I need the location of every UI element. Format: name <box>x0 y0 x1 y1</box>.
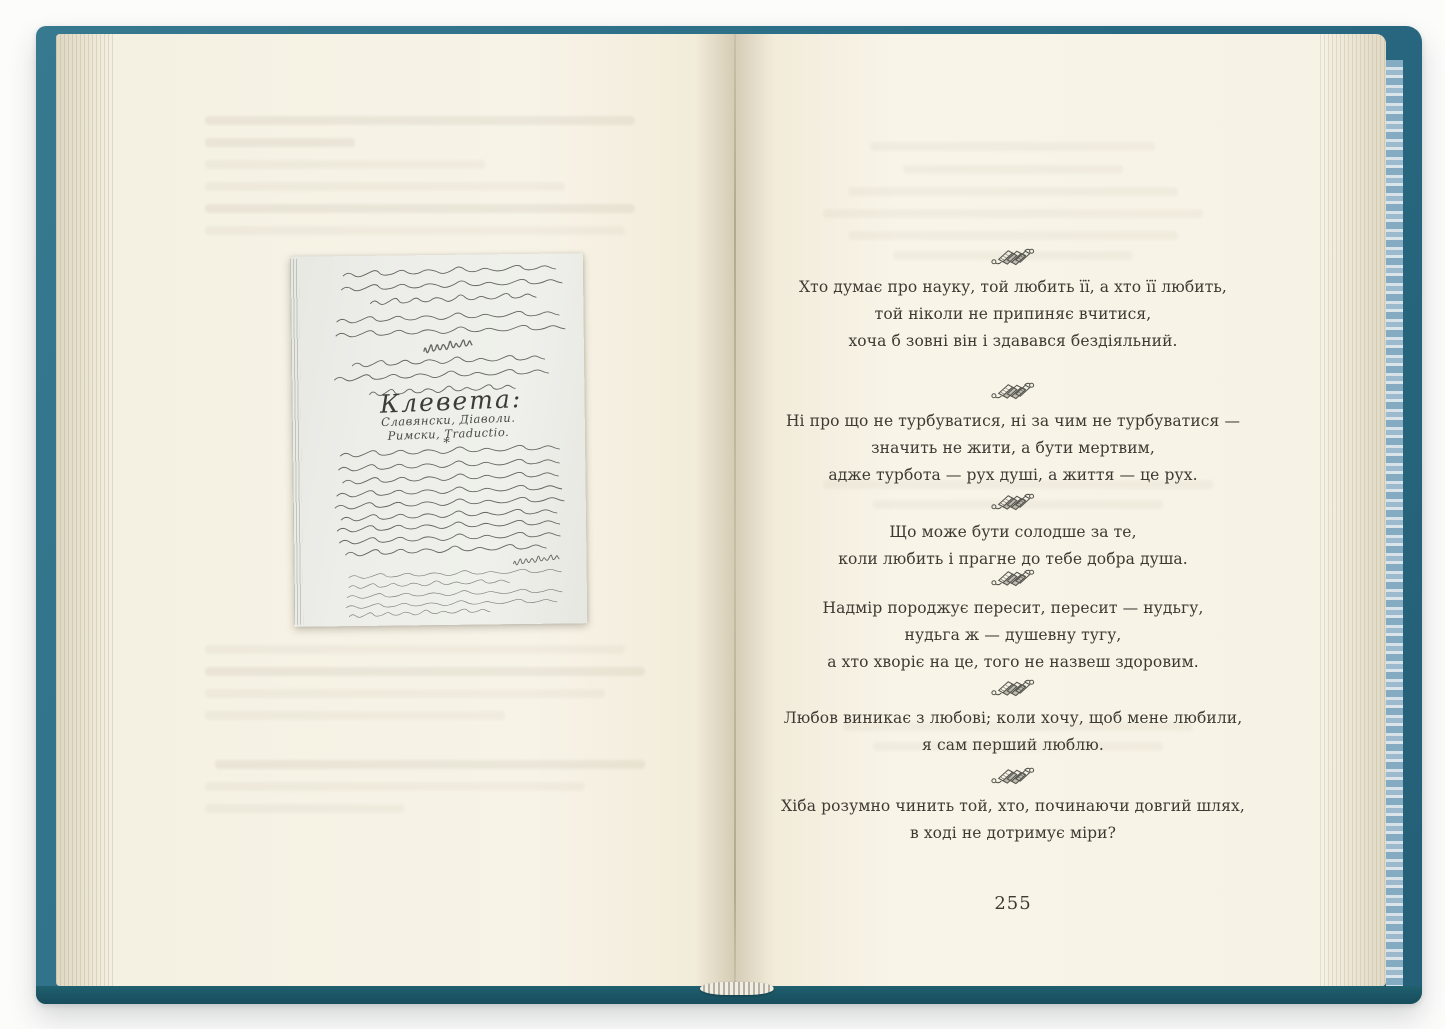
quote-block: Що може бути солодше за те, коли любить … <box>763 491 1263 573</box>
quote-line: а хто хворіє на це, того не назвеш здоро… <box>763 649 1263 676</box>
endpaper-pattern-band <box>1386 60 1403 996</box>
ghost-text <box>205 160 485 169</box>
book-photo: Клевета: Славянски, Діаволи. Римски, Tra… <box>0 0 1445 1029</box>
ghost-text <box>205 116 635 125</box>
braid-ornament-icon <box>990 380 1036 401</box>
quote-line: Що може бути солодше за те, <box>763 519 1263 546</box>
page-edge-stack-right <box>1320 34 1386 986</box>
braid-ornament-icon <box>990 246 1036 267</box>
ghost-text <box>205 782 585 791</box>
quote-block: Хіба розумно чинить той, хто, починаючи … <box>763 765 1263 847</box>
quote-line: я сам перший люблю. <box>763 732 1263 759</box>
quote-line: хоча б зовні він і здавався бездіяльний. <box>763 328 1263 355</box>
ghost-text <box>823 209 1203 218</box>
quote-line: Любов виникає з любові; коли хочу, щоб м… <box>763 705 1263 732</box>
manuscript-photo: Клевета: Славянски, Діаволи. Римски, Tra… <box>290 253 587 627</box>
quote-line: Хіба розумно чинить той, хто, починаючи … <box>763 793 1263 820</box>
ghost-text <box>205 204 635 213</box>
ghost-text <box>205 667 645 676</box>
braid-ornament-icon <box>990 765 1036 786</box>
ghost-text <box>205 182 565 191</box>
ghost-text <box>903 165 1123 174</box>
braid-ornament-icon <box>990 491 1036 512</box>
ghost-text <box>205 226 625 235</box>
braid-ornament-icon <box>990 567 1036 588</box>
ghost-text <box>215 760 645 769</box>
headband <box>700 982 774 995</box>
braid-ornament-icon <box>990 677 1036 698</box>
quote-line: значить не жити, а бути мертвим, <box>763 435 1263 462</box>
ghost-text <box>848 231 1178 240</box>
ghost-text <box>205 804 405 813</box>
ghost-text <box>205 138 355 147</box>
ghost-text <box>205 711 505 720</box>
quote-block: Хто думає про науку, той любить її, а хт… <box>763 246 1263 355</box>
quote-block: Надмір породжує пересит, пересит — нудьг… <box>763 567 1263 676</box>
quote-line: той ніколи не припиняє вчитися, <box>763 301 1263 328</box>
ghost-text <box>205 689 605 698</box>
quote-line: адже турбота — рух душі, а життя — це ру… <box>763 462 1263 489</box>
page-number: 255 <box>763 893 1263 914</box>
quote-line: нудьга ж — душевну тугу, <box>763 622 1263 649</box>
quote-line: Ні про що не турбуватися, ні за чим не т… <box>763 408 1263 435</box>
ghost-text <box>870 142 1155 151</box>
quote-line: в ході не дотримує міри? <box>763 820 1263 847</box>
quote-line: Надмір породжує пересит, пересит — нудьг… <box>763 595 1263 622</box>
quote-line: Хто думає про науку, той любить її, а хт… <box>763 274 1263 301</box>
page-edge-stack-left <box>56 34 114 986</box>
quote-block: Любов виникає з любові; коли хочу, щоб м… <box>763 677 1263 759</box>
gutter-crease <box>734 34 736 986</box>
ghost-text <box>848 187 1178 196</box>
quote-block: Ні про що не турбуватися, ні за чим не т… <box>763 380 1263 489</box>
ghost-text <box>205 645 625 654</box>
